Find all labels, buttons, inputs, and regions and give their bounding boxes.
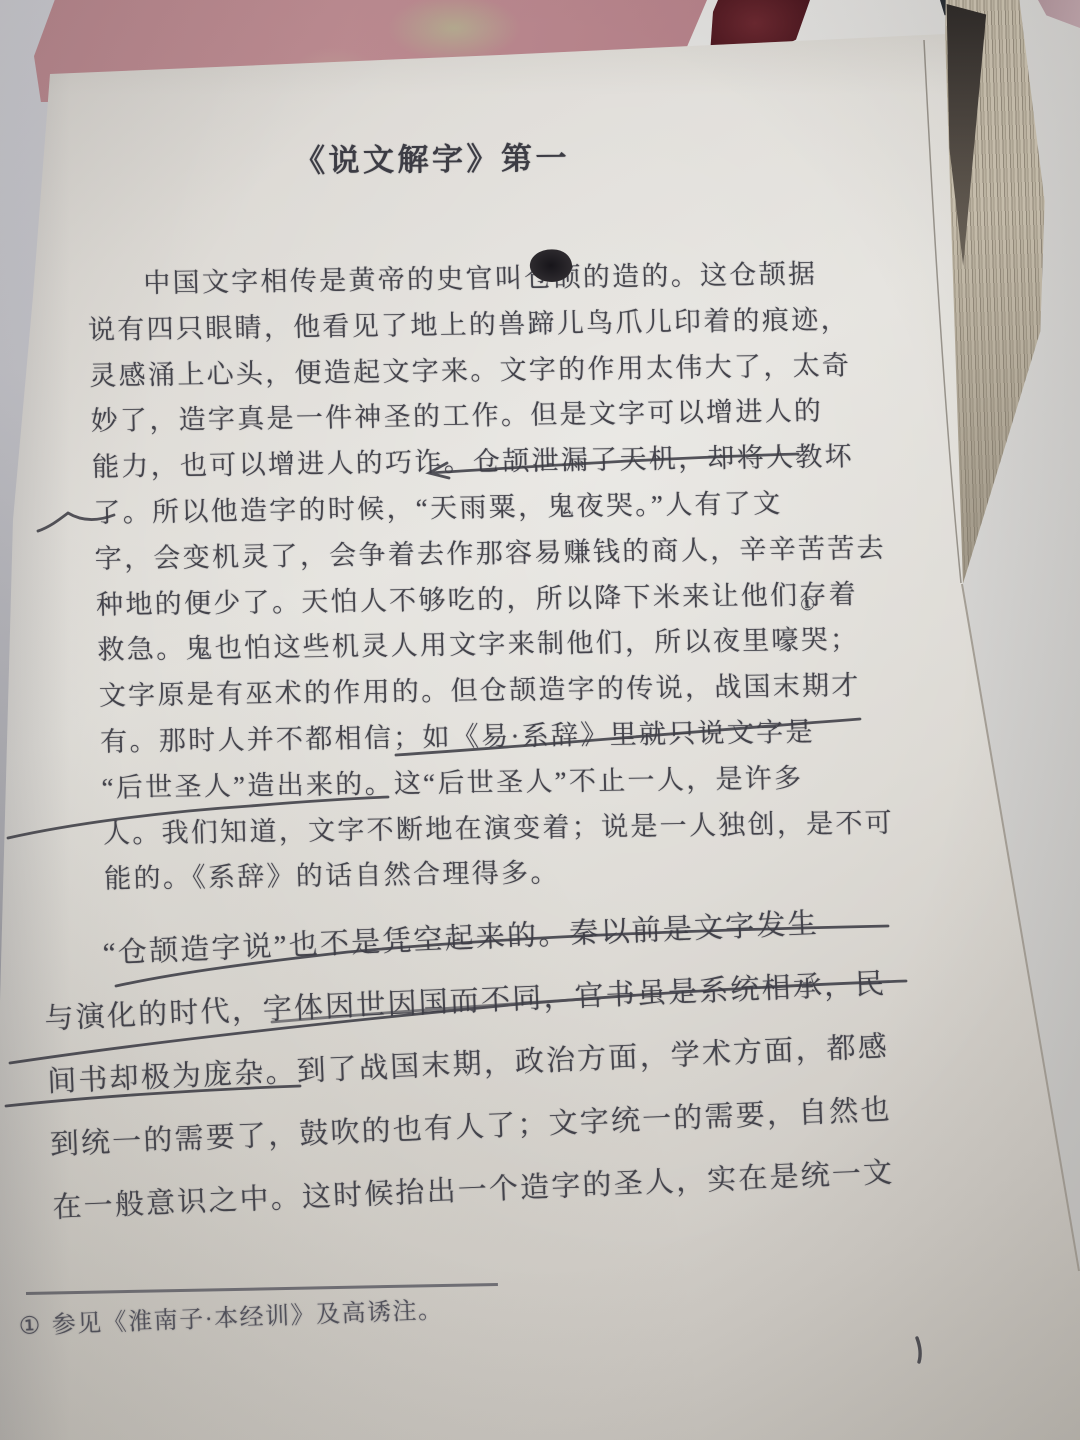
paragraph-2: “仓颉造字说”也不是凭空起来的。秦以前是文字发生 与演化的时代，字体因世因国而不… [41,888,943,1240]
book-photo: 陵坟 《说文解字》第一 中国文字相传是黄帝的史官叫仓颉的造的。这仓颉据 说有四只… [0,0,1080,1440]
printed-content: 《说文解字》第一 中国文字相传是黄帝的史官叫仓颉的造的。这仓颉据 说有四只眼睛，… [0,0,1080,1440]
footnote-marker: ① [18,1313,42,1340]
page-edge-line [962,584,1079,1271]
chapter-title: 《说文解字》第一 [294,133,570,181]
footnote: ①参见《淮南子·本经训》及高诱注。 [18,1290,444,1341]
footnote-text: 参见《淮南子·本经训》及高诱注。 [51,1298,444,1339]
pen-tick-mark [917,1338,920,1362]
paragraph-1: 中国文字相传是黄帝的史官叫仓颉的造的。这仓颉据 说有四只眼睛，他看见了地上的兽蹄… [86,251,905,903]
footnote-reference-superscript: ① [800,595,816,615]
page-edge-line-upper [924,40,961,583]
